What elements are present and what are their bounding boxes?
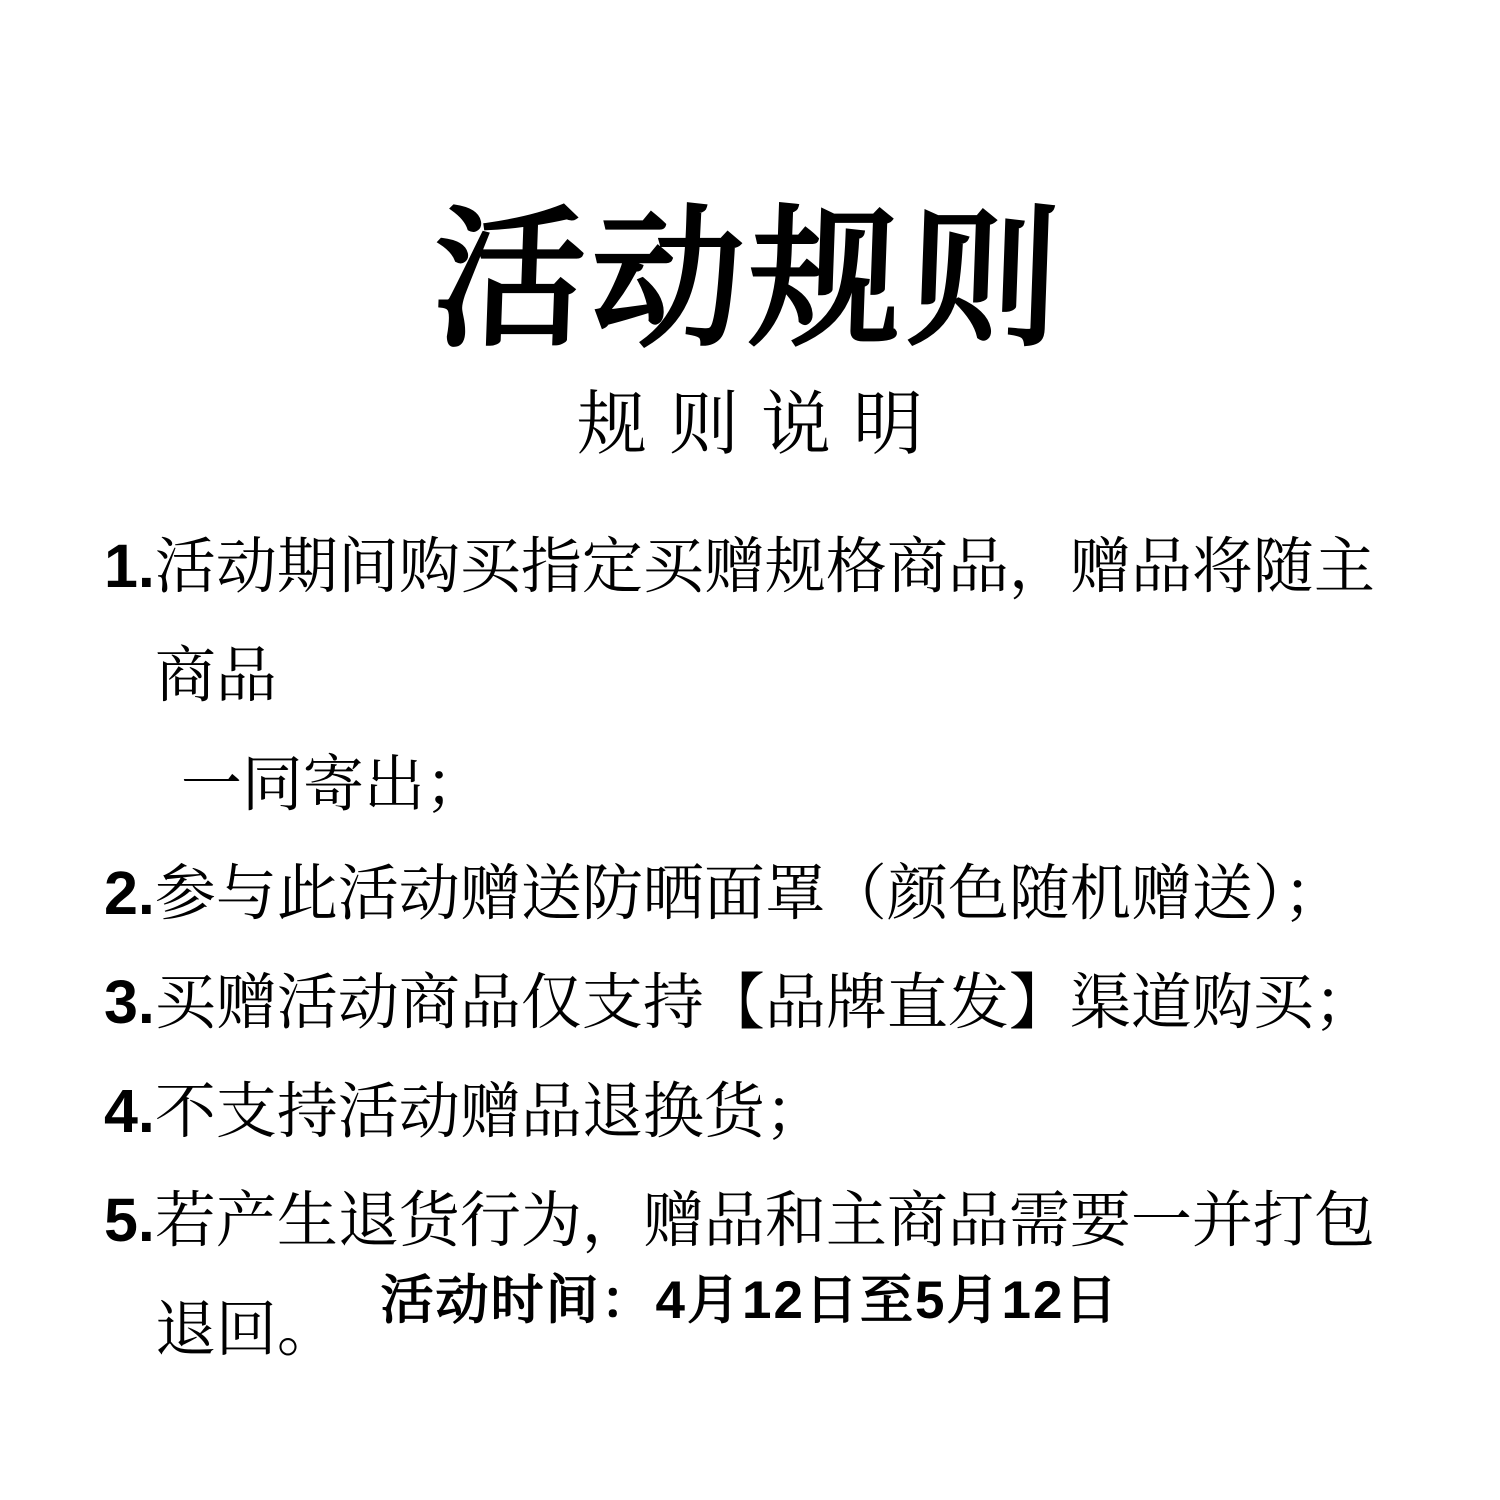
activity-period: 活动时间：4月12日至5月12日 xyxy=(0,1258,1500,1334)
page-subtitle: 规则说明 xyxy=(0,368,1500,469)
rule-item-1: 1. 活动期间购买指定买赠规格商品，赠品将随主商品 一同寄出； xyxy=(104,512,1412,839)
rule-number: 3. xyxy=(104,948,155,1057)
rule-number: 1. xyxy=(104,512,155,621)
rule-item-2: 2. 参与此活动赠送防晒面罩（颜色随机赠送）； xyxy=(104,839,1412,948)
rule-text: 买赠活动商品仅支持【品牌直发】渠道购买； xyxy=(155,948,1412,1057)
rule-text-continuation: 一同寄出； xyxy=(155,730,1412,839)
rule-number: 2. xyxy=(104,839,155,948)
rule-text-line: 活动期间购买指定买赠规格商品，赠品将随主商品 xyxy=(155,512,1412,730)
rules-list: 1. 活动期间购买指定买赠规格商品，赠品将随主商品 一同寄出； 2. 参与此活动… xyxy=(104,512,1412,1384)
rule-number: 4. xyxy=(104,1057,155,1166)
page-title: 活动规则 xyxy=(0,158,1500,376)
rule-text: 活动期间购买指定买赠规格商品，赠品将随主商品 一同寄出； xyxy=(155,512,1412,839)
rule-item-3: 3. 买赠活动商品仅支持【品牌直发】渠道购买； xyxy=(104,948,1412,1057)
rule-item-4: 4. 不支持活动赠品退换货； xyxy=(104,1057,1412,1166)
rule-text: 参与此活动赠送防晒面罩（颜色随机赠送）； xyxy=(155,839,1412,948)
rule-text: 不支持活动赠品退换货； xyxy=(155,1057,1412,1166)
